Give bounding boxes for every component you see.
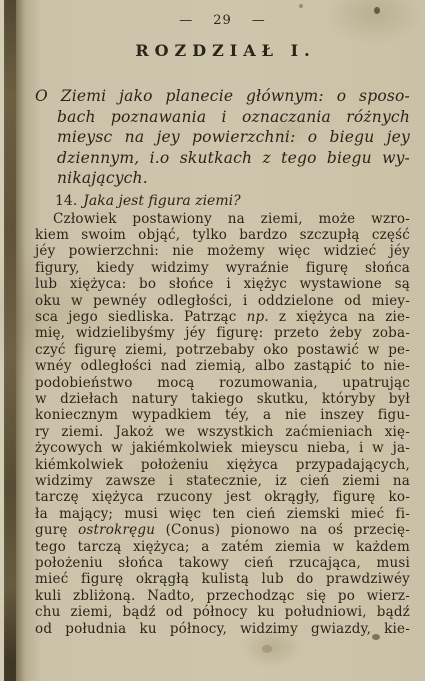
- text-line: dziennym, i.o skutkach z tego biegu wy-: [35, 148, 410, 169]
- text-line: wnéy odległości nad ziemią, albo zastąpi…: [35, 358, 410, 374]
- page-number: — 29 —: [35, 0, 410, 28]
- text-line: mieć figurę okrągłą kulistą lub do prawd…: [35, 571, 410, 587]
- folio-right-dash: —: [252, 13, 266, 28]
- folio-number: 29: [213, 13, 232, 28]
- paper-stain: [262, 645, 272, 653]
- text-line: ła mający; musi więc ten cień ziemski mi…: [35, 506, 410, 522]
- text-line: w dziełach natury takiego skutku, któryb…: [35, 391, 410, 407]
- question-text: Jaka jest figura ziemi?: [83, 193, 240, 209]
- question-line: 14.Jaka jest figura ziemi?: [35, 192, 410, 210]
- binding-edge: [4, 0, 16, 681]
- text-line: Człowiek postawiony na ziemi, może wzro-: [35, 211, 410, 227]
- text-line: oku w pewnéy odległości, i oddzielone od…: [35, 293, 410, 309]
- text-line: tego tarczą xiężyca; a zatém ziemia w ka…: [35, 539, 410, 555]
- text-line: kiémkolwiek położeniu xiężyca przypadają…: [35, 457, 410, 473]
- text-line: sca jego siedliska. Patrząc np. z xiężyc…: [35, 309, 410, 325]
- text-line: od południa ku północy, widzimy gwiazdy,…: [35, 621, 410, 637]
- page-content: — 29 — ROZDZIAŁ I. O Ziemi jako planecie…: [35, 0, 410, 637]
- body-paragraph: Człowiek postawiony na ziemi, może wzro-…: [35, 211, 410, 638]
- text-line: ry ziemi. Jakoż we wszystkich zaćmieniac…: [35, 424, 410, 440]
- text-line: mieysc na jey powierzchni: o biegu jey: [35, 127, 410, 148]
- text-line: chu ziemi, bądź od północy ku południowi…: [35, 604, 410, 620]
- text-line: bach poznawania i oznaczania różnych: [35, 107, 410, 128]
- text-line: koniecznym wypadkiem téy, a nie inszey f…: [35, 407, 410, 423]
- text-line: nikających.: [35, 168, 410, 189]
- text-line: lub xiężyca: bo słońce i xiężyc wystawio…: [35, 276, 410, 292]
- text-line: figury, kiedy widzimy wyraźnie figurę sł…: [35, 260, 410, 276]
- text-line: jéy powierzchni: nie możemy więc widzieć…: [35, 243, 410, 259]
- text-line: życowych w jakiémkolwiek mieyscu nieba, …: [35, 440, 410, 456]
- folio-left-dash: —: [179, 13, 193, 28]
- text-line: położeniu słońca takowy cień rzucająca, …: [35, 555, 410, 571]
- question-number: 14.: [55, 193, 77, 209]
- text-line: kuli zbliżoną. Nadto, przechodząc się po…: [35, 588, 410, 604]
- text-line: mię, widzielibyśmy jéy figurę: przeto że…: [35, 325, 410, 341]
- text-line: gurę ostrokręgu (Conus) pionowo na oś pr…: [35, 522, 410, 538]
- text-line: czyć figurę ziemi, potrzebaby oko postaw…: [35, 342, 410, 358]
- text-line: widzimy zawsze i statecznie, iz cień zie…: [35, 473, 410, 489]
- text-line: tarczę xiężyca rzucony jest okrągły, fig…: [35, 489, 410, 505]
- text-line: O Ziemi jako planecie głównym: o sposo-: [35, 86, 410, 107]
- chapter-summary: O Ziemi jako planecie głównym: o sposo-b…: [35, 86, 410, 189]
- text-line: podobieństwo mocą rozumowania, upatrując: [35, 375, 410, 391]
- chapter-heading: ROZDZIAŁ I.: [35, 41, 410, 60]
- book-page: — 29 — ROZDZIAŁ I. O Ziemi jako planecie…: [0, 0, 425, 681]
- text-line: kiem swoim objąć, tylko bardzo szczupłą …: [35, 227, 410, 243]
